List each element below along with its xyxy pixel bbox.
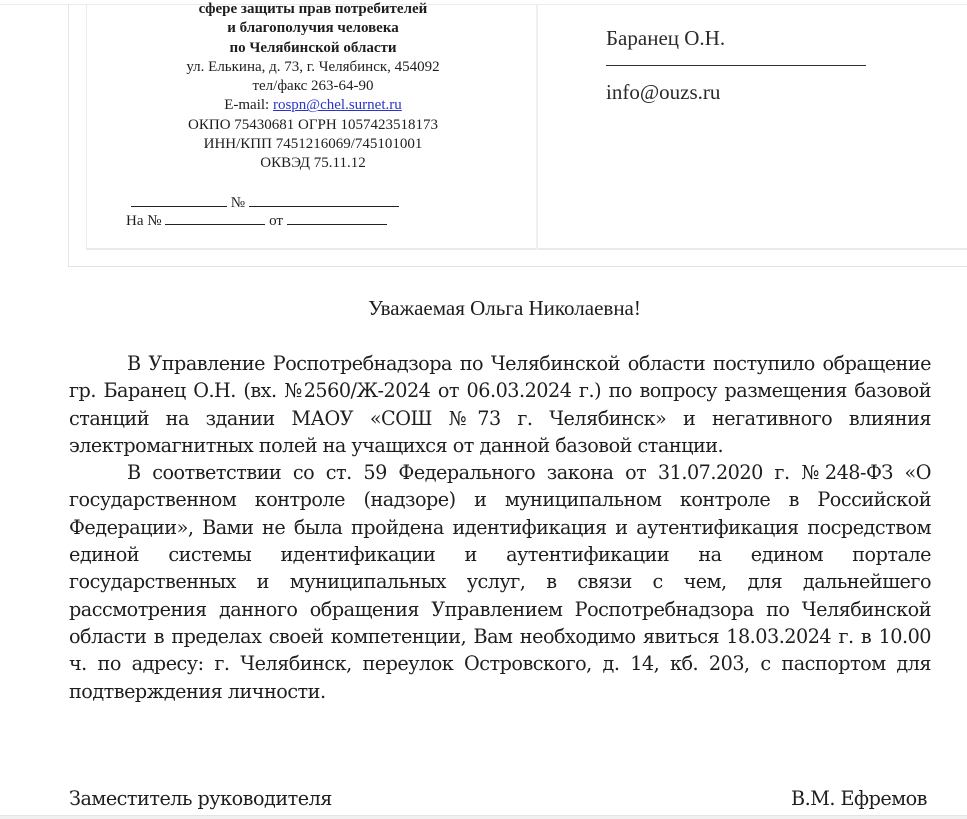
sender-address: ул. Елькина, д. 73, г. Челябинск, 454092: [90, 58, 536, 77]
number-sign: №: [231, 195, 245, 211]
sender-org-line-2: и благополучия человека: [90, 19, 536, 38]
sender-email-link[interactable]: rospn@chel.surnet.ru: [273, 97, 402, 113]
recipient-address-rule: [606, 65, 866, 66]
letter-paragraph-1: В Управление Роспотребнадзора по Челябин…: [69, 350, 931, 459]
page-bottom-edge: [0, 815, 967, 819]
reply-to-date-blank: [287, 212, 387, 225]
recipient-block: Баранец О.Н. info@ouzs.ru: [606, 25, 866, 106]
header-table-divider: [536, 4, 538, 250]
outgoing-number-blank: [249, 194, 399, 207]
reply-to-row: На № от: [90, 212, 536, 230]
signature-row: Заместитель руководителя В.М. Ефремов: [69, 787, 927, 810]
registration-fields: № На № от: [90, 194, 536, 230]
signature-name: В.М. Ефремов: [791, 787, 927, 810]
sender-org-line-1: сфере защиты прав потребителей: [90, 0, 536, 19]
sender-okved: ОКВЭД 75.11.12: [90, 154, 536, 173]
sender-email-label: E-mail:: [224, 97, 273, 113]
outgoing-number-row: №: [90, 194, 536, 212]
sender-email-row: E-mail: rospn@chel.surnet.ru: [90, 96, 536, 115]
sender-phone: тел/факс 263-64-90: [90, 77, 536, 96]
outgoing-date-blank: [131, 194, 227, 207]
letter-body: В Управление Роспотребнадзора по Челябин…: [69, 350, 931, 705]
signature-title: Заместитель руководителя: [69, 787, 332, 810]
reply-to-label: На №: [126, 213, 162, 229]
letter-paragraph-2: В соответствии со ст. 59 Федерального за…: [69, 459, 931, 705]
sender-org-line-3: по Челябинской области: [90, 39, 536, 58]
recipient-name: Баранец О.Н.: [606, 25, 866, 52]
sender-inn-kpp: ИНН/КПП 7451216069/745101001: [90, 135, 536, 154]
recipient-email: info@ouzs.ru: [606, 79, 866, 106]
date-from-label: от: [269, 213, 283, 229]
letter-greeting: Уважаемая Ольга Николаевна!: [0, 296, 967, 321]
sender-okpo-ogrn: ОКПО 75430681 ОГРН 1057423518173: [90, 116, 536, 135]
reply-to-number-blank: [165, 212, 265, 225]
sender-block: сфере защиты прав потребителей и благопо…: [90, 0, 536, 174]
